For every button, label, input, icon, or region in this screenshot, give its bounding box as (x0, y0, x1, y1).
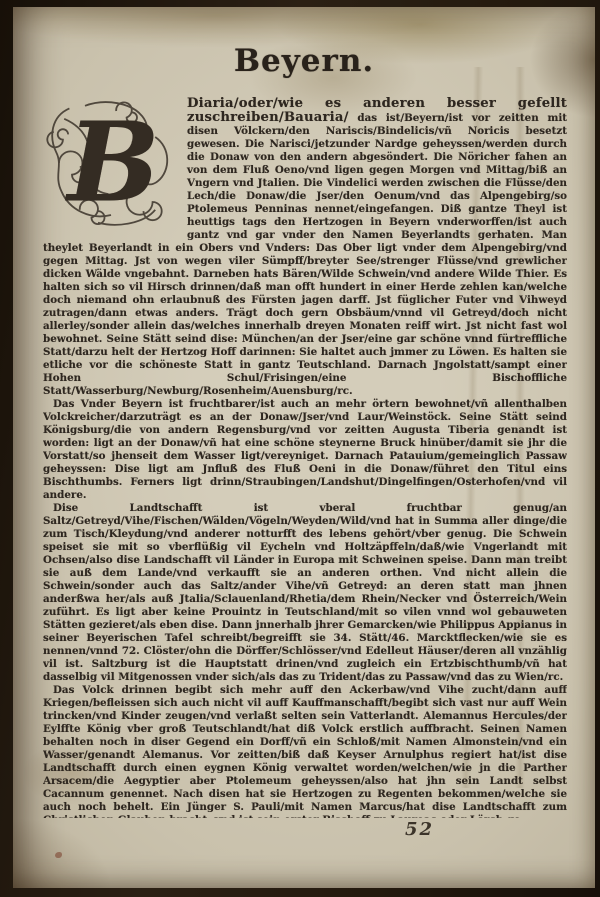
photo-frame: Beyern. (0, 0, 600, 897)
ornate-initial-B: B (43, 98, 179, 228)
page-title: Beyern. (13, 43, 595, 79)
page-number: 52 (405, 819, 434, 840)
paragraph-4: Das Volck drinnen begibt sich mehr auff … (43, 684, 567, 818)
book-page: Beyern. (13, 7, 595, 888)
svg-text:B: B (64, 98, 159, 227)
paragraph-2: Das Vnder Beyern ist fruchtbarer/ist auc… (43, 398, 567, 502)
paragraph-1: B Diaria/oder/wie es anderen besser gefe… (43, 97, 567, 398)
body-text: B Diaria/oder/wie es anderen besser gefe… (43, 97, 567, 818)
paragraph-3: Dise Landtschafft ist vberal fruchtbar g… (43, 502, 567, 684)
ink-spot (55, 852, 62, 858)
